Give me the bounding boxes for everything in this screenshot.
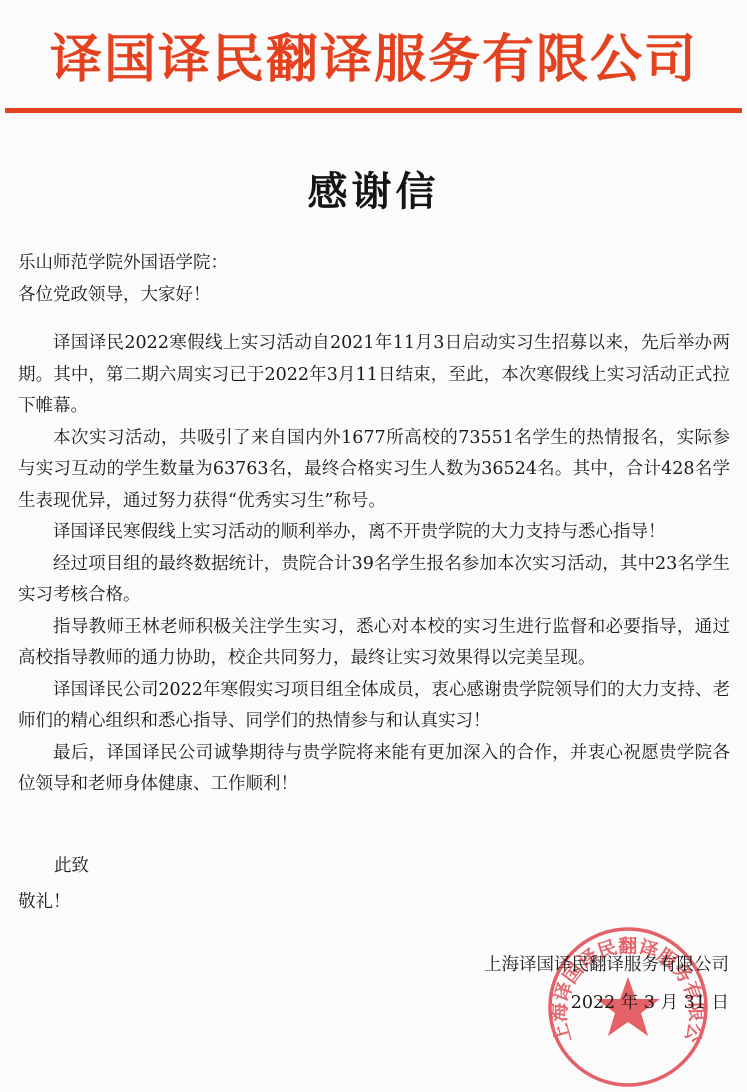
signature-company: 上海译国译民翻译服务有限公司: [484, 946, 729, 984]
paragraph-gratitude: 译国译民公司2022年寒假实习项目组全体成员，衷心感谢贵学院领导们的大力支持、老…: [18, 675, 730, 738]
paragraph-closing-wishes: 最后，译国译民公司诚挚期待与贵学院将来能有更加深入的合作，并衷心祝愿贵学院各位领…: [18, 738, 730, 801]
paragraph-thanks: 译国译民寒假线上实习活动的顺利举办，离不开贵学院的大力支持与悉心指导！: [18, 517, 730, 549]
letter-body: 乐山师范学院外国语学院： 各位党政领导，大家好！ 译国译民2022寒假线上实习活…: [18, 248, 730, 801]
company-name-heading: 译国译民翻译服务有限公司: [18, 28, 730, 92]
closing-block: 此致 敬礼！: [18, 848, 89, 920]
paragraph-statistics: 本次实习活动，共吸引了来自国内外1677所高校的73551名学生的热情报名，实际…: [18, 423, 730, 518]
signature-block: 上海译国译民翻译服务有限公司 2022 年 3 月 31 日: [484, 946, 729, 1022]
paragraph-instructor: 指导教师王林老师积极关注学生实习，悉心对本校的实习生进行监督和必要指导，通过高校…: [18, 612, 730, 675]
closing-line-1: 此致: [18, 848, 89, 884]
paragraph-intro: 译国译民2022寒假线上实习活动自2021年11月3日启动实习生招募以来，先后举…: [18, 328, 730, 423]
header-divider: [5, 108, 742, 113]
letter-title: 感谢信: [0, 160, 747, 217]
paragraph-school-results: 经过项目组的最终数据统计，贵院合计39名学生报名参加本次实习活动，其中23名学生…: [18, 549, 730, 612]
greeting-line: 各位党政领导，大家好！: [18, 280, 730, 312]
recipient-line: 乐山师范学院外国语学院：: [18, 248, 730, 280]
letterhead: 译国译民翻译服务有限公司: [0, 0, 747, 110]
closing-line-2: 敬礼！: [18, 884, 89, 920]
signature-date: 2022 年 3 月 31 日: [484, 984, 729, 1022]
